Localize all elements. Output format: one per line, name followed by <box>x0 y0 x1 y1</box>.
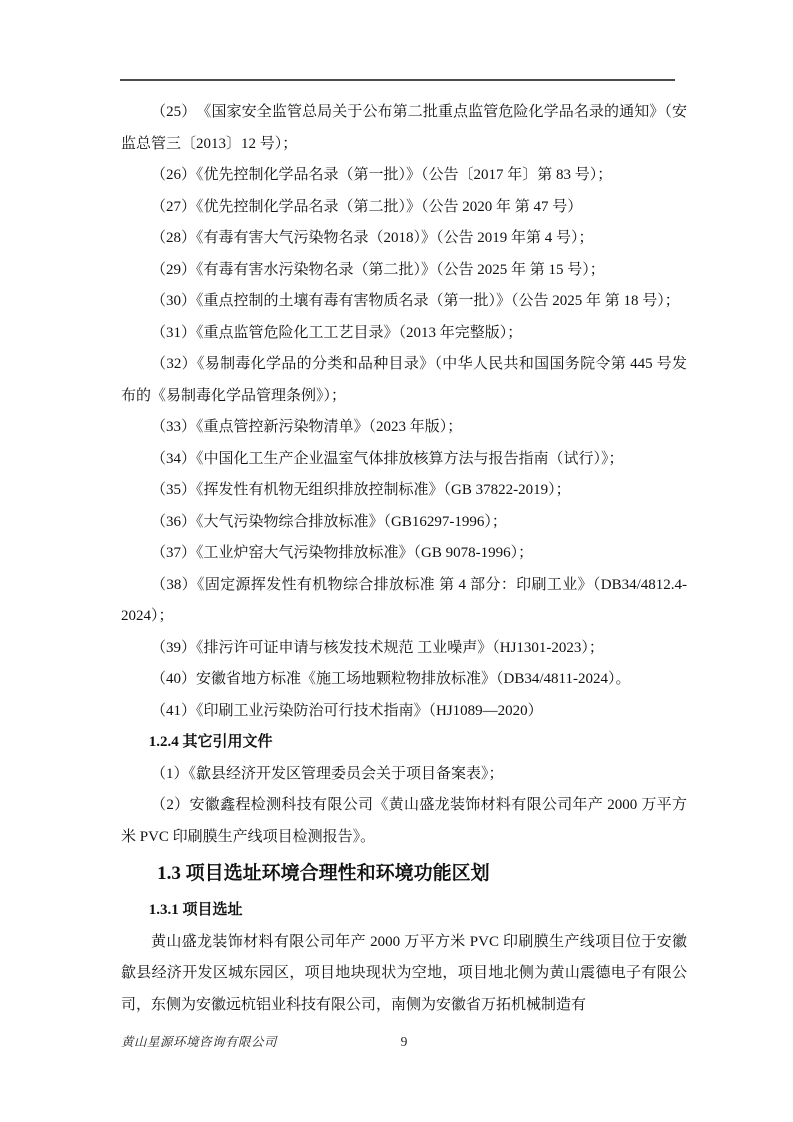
section-heading-1-3-1: 1.3.1 项目选址 <box>121 895 687 927</box>
page-header-rule <box>120 79 675 81</box>
list-item-28: （28）《有毒有害大气污染物名录（2018）》（公告 2019 年第 4 号）； <box>121 223 687 255</box>
list-item-31: （31）《重点监管危险化工工艺目录》（2013 年完整版）； <box>121 318 687 350</box>
list-item-38: （38）《固定源挥发性有机物综合排放标准 第 4 部分：印刷工业》（DB34/4… <box>121 570 687 633</box>
list-item-41: （41）《印刷工业污染防治可行技术指南》（HJ1089—2020） <box>121 696 687 728</box>
list-item-30: （30）《重点控制的土壤有毒有害物质名录（第一批）》（公告 2025 年 第 1… <box>121 286 687 318</box>
section-heading-1-3: 1.3 项目选址环境合理性和环境功能区划 <box>121 856 687 892</box>
list-item-26: （26）《优先控制化学品名录（第一批）》（公告〔2017 年〕第 83 号）； <box>121 160 687 192</box>
list-item-35: （35）《挥发性有机物无组织排放控制标准》（GB 37822-2019）； <box>121 475 687 507</box>
list-item-25: （25） 《国家安全监管总局关于公布第二批重点监管危险化学品名录的通知》（安监总… <box>121 97 687 160</box>
reference-item-2: （2）安徽鑫程检测科技有限公司《黄山盛龙装饰材料有限公司年产 2000 万平方米… <box>121 790 687 853</box>
list-item-33: （33）《重点管控新污染物清单》（2023 年版）； <box>121 412 687 444</box>
list-item-40: （40）安徽省地方标准《施工场地颗粒物排放标准》（DB34/4811-2024）… <box>121 664 687 696</box>
list-item-36: （36）《大气污染物综合排放标准》（GB16297-1996）； <box>121 507 687 539</box>
page-number: 9 <box>121 1031 687 1053</box>
list-item-27: （27）《优先控制化学品名录（第二批）》（公告 2020 年 第 47 号） <box>121 192 687 224</box>
document-page: （25） 《国家安全监管总局关于公布第二批重点监管危险化学品名录的通知》（安监总… <box>0 0 793 1122</box>
list-item-37: （37）《工业炉窑大气污染物排放标准》（GB 9078-1996）； <box>121 538 687 570</box>
reference-item-1: （1）《歙县经济开发区管理委员会关于项目备案表》； <box>121 759 687 791</box>
document-content: （25） 《国家安全监管总局关于公布第二批重点监管危险化学品名录的通知》（安监总… <box>121 97 687 1021</box>
page-footer: 黄山星源环境咨询有限公司 9 <box>121 1031 687 1053</box>
list-item-29: （29）《有毒有害水污染物名录（第二批）》（公告 2025 年 第 15 号）； <box>121 255 687 287</box>
section-heading-1-2-4: 1.2.4 其它引用文件 <box>121 727 687 759</box>
body-paragraph-project-site: 黄山盛龙装饰材料有限公司年产 2000 万平方米 PVC 印刷膜生产线项目位于安… <box>121 927 687 1022</box>
list-item-34: （34）《中国化工生产企业温室气体排放核算方法与报告指南（试行）》； <box>121 444 687 476</box>
list-item-32: （32）《易制毒化学品的分类和品种目录》（中华人民共和国国务院令第 445 号发… <box>121 349 687 412</box>
list-item-39: （39）《排污许可证申请与核发技术规范 工业噪声》（HJ1301-2023）； <box>121 633 687 665</box>
